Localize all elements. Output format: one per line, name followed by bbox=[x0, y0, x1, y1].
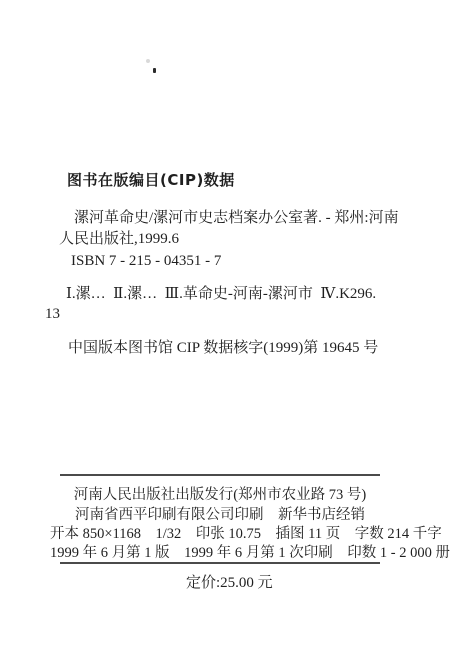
publisher-line: 河南人民出版社出版发行(郑州市农业路 73 号) bbox=[50, 487, 390, 504]
isbn-line: ISBN 7 - 215 - 04351 - 7 bbox=[71, 253, 221, 270]
cip-classification-line1: Ⅰ.漯… Ⅱ.漯… Ⅲ.革命史-河南-漯河市 Ⅳ.K296. bbox=[66, 286, 376, 303]
format-line: 开本 850×1168 1/32 印张 10.75 插图 11 页 字数 214… bbox=[50, 526, 390, 543]
book-copyright-page: 图书在版编目(CIP)数据 漯河革命史/漯河市史志档案办公室著. - 郑州:河南… bbox=[0, 0, 450, 656]
colophon-top-rule bbox=[60, 474, 380, 476]
cip-classification-line2: 13 bbox=[45, 306, 60, 323]
scan-speck-faint bbox=[146, 59, 150, 63]
cip-record-number: 中国版本图书馆 CIP 数据核字(1999)第 19645 号 bbox=[68, 340, 378, 357]
cip-entry-line1: 漯河革命史/漯河市史志档案办公室著. - 郑州:河南 bbox=[74, 210, 399, 227]
colophon-bottom-rule bbox=[60, 562, 380, 564]
cip-heading: 图书在版编目(CIP)数据 bbox=[67, 172, 235, 189]
edition-line: 1999 年 6 月第 1 版 1999 年 6 月第 1 次印刷 印数 1 -… bbox=[50, 545, 390, 562]
scan-speck bbox=[153, 68, 156, 73]
printer-line: 河南省西平印刷有限公司印刷 新华书店经销 bbox=[50, 507, 390, 524]
cip-entry-line2: 人民出版社,1999.6 bbox=[59, 231, 179, 248]
price-line: 定价:25.00 元 bbox=[186, 575, 273, 592]
